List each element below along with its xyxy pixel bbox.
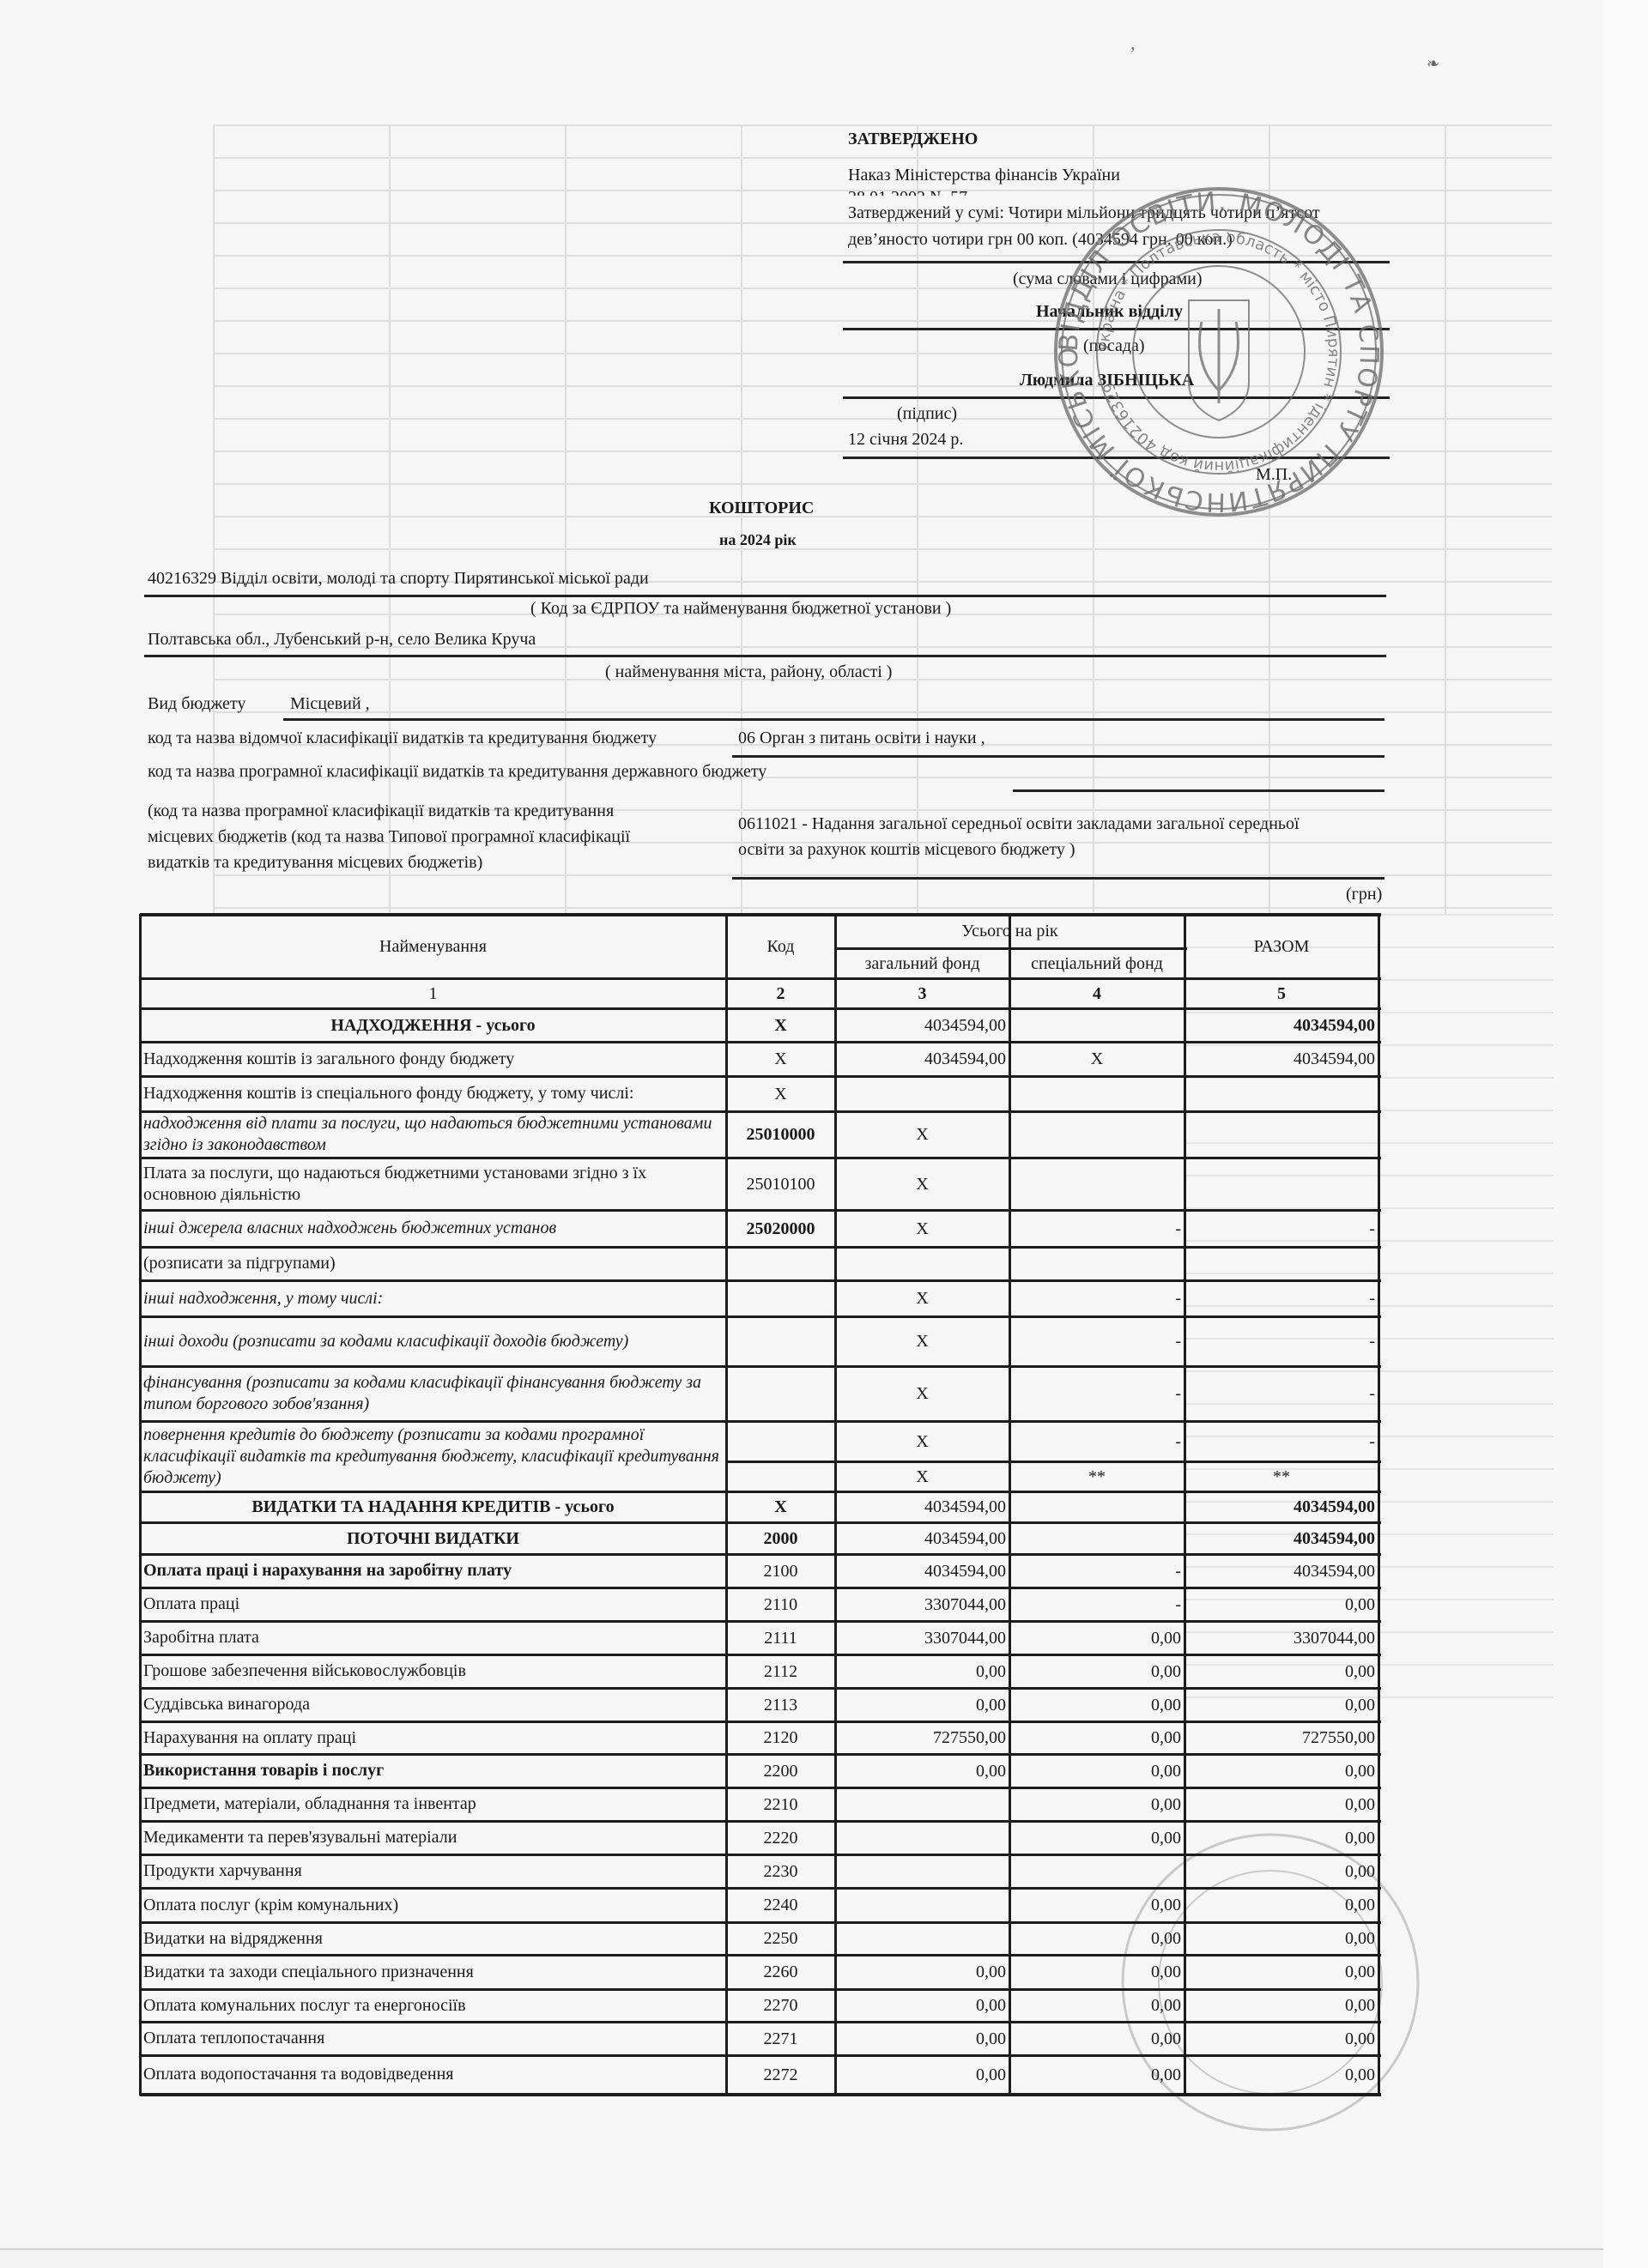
row-general-fund: 0,00 (835, 1654, 1009, 1688)
table-rule (140, 1687, 1381, 1690)
row-name: інші джерела власних надходжень бюджетни… (140, 1210, 726, 1247)
scan-margin (1603, 0, 1648, 2268)
row-general-fund: 727550,00 (835, 1721, 1009, 1754)
local-program-value-2: освіти за рахунок коштів місцевого бюдже… (738, 839, 1075, 860)
row-name: Медикаменти та перев'язувальні матеріали (140, 1821, 726, 1854)
table-rule (140, 1553, 1381, 1556)
row-special-fund (1009, 1111, 1184, 1158)
table-rule (140, 1246, 1381, 1249)
row-name: інші доходи (розписати за кодами класифі… (140, 1316, 726, 1366)
institution: 40216329 Відділ освіти, молоді та спорту… (148, 568, 649, 589)
row-code: 2110 (726, 1588, 835, 1621)
table-rule (726, 1461, 1381, 1463)
row-general-fund: 0,00 (835, 2022, 1009, 2055)
table-rule (140, 1753, 1381, 1756)
table-rule (1184, 914, 1186, 2096)
table-rule (140, 1157, 1381, 1159)
row-special-fund: - (1009, 1554, 1184, 1588)
row-special-fund: 0,00 (1009, 1688, 1184, 1721)
table-rule (140, 1075, 1381, 1078)
table-rule (835, 947, 1187, 950)
row-total: 0,00 (1184, 1989, 1378, 2022)
row-total: 4034594,00 (1184, 1008, 1378, 1042)
row-code: 25010000 (726, 1111, 835, 1158)
column-header-general-fund: загальний фонд (835, 948, 1009, 978)
row-general-fund: 3307044,00 (835, 1621, 1009, 1654)
table-rule (140, 913, 1381, 916)
row-name: Нарахування на оплату праці (140, 1721, 726, 1754)
row-total: - (1184, 1421, 1378, 1461)
row-total: 3307044,00 (1184, 1621, 1378, 1654)
row-general-fund: 0,00 (835, 2055, 1009, 2094)
table-rule (1009, 914, 1011, 2096)
table-rule (140, 1521, 1381, 1524)
row-special-fund (1009, 1491, 1184, 1522)
table-rule (140, 2054, 1381, 2057)
row-total (1184, 1158, 1378, 1210)
row-name: Оплата послуг (крім комунальних) (140, 1888, 726, 1922)
table-rule (140, 977, 1381, 980)
table-rule (140, 1279, 1381, 1282)
local-program-label-2: місцевих бюджетів (код та назва Типової … (148, 826, 630, 847)
row-total (1184, 1111, 1378, 1158)
row-total: 4034594,00 (1184, 1491, 1378, 1522)
row-general-fund: 0,00 (835, 1754, 1009, 1787)
row-general-fund: X (835, 1280, 1009, 1316)
row-code: 2210 (726, 1787, 835, 1821)
row-special-fund: 0,00 (1009, 2055, 1184, 2094)
row-code: 2111 (726, 1621, 835, 1654)
row-total: 727550,00 (1184, 1721, 1378, 1754)
row-name: Предмети, матеріали, обладнання та інвен… (140, 1787, 726, 1821)
row-special-fund: X (1009, 1042, 1184, 1076)
row-special-fund (1009, 1522, 1184, 1554)
table-rule (140, 1887, 1381, 1890)
row-name: інші надходження, у тому числі: (140, 1280, 726, 1316)
row-general-fund: 0,00 (835, 1688, 1009, 1721)
row-total: 4034594,00 (1184, 1554, 1378, 1588)
budget-type-value: Місцевий , (290, 693, 370, 714)
row-name: Плата за послуги, що надаються бюджетним… (140, 1158, 726, 1210)
table-rule (140, 1420, 1381, 1423)
row-name: надходження від плати за послуги, що над… (140, 1111, 726, 1158)
row-total: 0,00 (1184, 1787, 1378, 1821)
doc-title: КОШТОРИС (709, 498, 814, 518)
row-code: 2112 (726, 1654, 835, 1688)
row-code: X (726, 1491, 835, 1522)
row-code: 2271 (726, 2022, 835, 2055)
row-general-fund: 4034594,00 (835, 1554, 1009, 1588)
row-name: Надходження коштів із загального фонду б… (140, 1042, 726, 1076)
row-general-fund (835, 1787, 1009, 1821)
table-rule (140, 1854, 1381, 1856)
row-special-fund: 0,00 (1009, 1821, 1184, 1854)
row-special-fund (1009, 1158, 1184, 1210)
column-header-total: РАЗОМ (1184, 914, 1378, 978)
state-program-underline (1013, 789, 1384, 792)
table-rule (140, 1654, 1381, 1656)
table-rule (140, 1721, 1381, 1723)
table-rule (139, 914, 142, 2096)
location: Полтавська обл., Лубенський р-н, село Ве… (148, 629, 536, 650)
local-program-value-1: 0611021 - Надання загальної середньої ос… (738, 813, 1300, 834)
row-code: 25010100 (726, 1158, 835, 1210)
row-general-fund: X (835, 1210, 1009, 1247)
row-code: X (726, 1076, 835, 1111)
column-number-1: 1 (140, 978, 726, 1008)
row-general-fund: X (835, 1111, 1009, 1158)
table-rule (140, 1988, 1381, 1991)
approval-order-date: 28.01.2002 № 57 (848, 187, 967, 196)
row-special-fund (1009, 1008, 1184, 1042)
dept-class-value: 06 Орган з питань освіти і науки , (738, 728, 985, 748)
row-code: 2270 (726, 1989, 835, 2022)
table-rule (140, 2021, 1381, 2023)
table-rule (140, 2093, 1381, 2096)
table-rule (1378, 914, 1380, 2096)
row-code: 2120 (726, 1721, 835, 1754)
table-rule (140, 1954, 1381, 1957)
row-special-fund: 0,00 (1009, 1989, 1184, 2022)
row-code (726, 1280, 835, 1316)
row-total: 0,00 (1184, 2055, 1378, 2094)
row-code: 2000 (726, 1522, 835, 1554)
row-general-fund: X (835, 1461, 1009, 1491)
column-number-5: 5 (1184, 978, 1378, 1008)
column-number-2: 2 (726, 978, 835, 1008)
table-rule (140, 1620, 1381, 1623)
row-special-fund: 0,00 (1009, 1654, 1184, 1688)
row-special-fund: 0,00 (1009, 1888, 1184, 1922)
row-general-fund: 4034594,00 (835, 1042, 1009, 1076)
row-code: 2113 (726, 1688, 835, 1721)
row-special-fund (1009, 1076, 1184, 1111)
row-general-fund: 4034594,00 (835, 1522, 1009, 1554)
row-total: 0,00 (1184, 1955, 1378, 1989)
row-code: 2260 (726, 1955, 835, 1989)
row-code (726, 1316, 835, 1366)
row-special-fund: - (1009, 1280, 1184, 1316)
approval-date: 12 січня 2024 р. (848, 429, 963, 450)
row-code: 2230 (726, 1854, 835, 1888)
row-name: Оплата праці (140, 1588, 726, 1621)
table-rule (140, 1491, 1381, 1493)
row-name: Оплата теплопостачання (140, 2022, 726, 2055)
currency-label: (грн) (1346, 884, 1382, 904)
location-caption: ( найменування міста, району, області ) (605, 662, 892, 682)
row-total: 0,00 (1184, 1754, 1378, 1787)
dept-class-underline (732, 755, 1384, 758)
row-total: 0,00 (1184, 2022, 1378, 2055)
approval-title: ЗАТВЕРДЖЕНО (848, 129, 978, 149)
row-general-fund (835, 1247, 1009, 1280)
local-program-label-1: (код та назва програмної класифікації ви… (148, 801, 614, 821)
column-header-name: Найменування (140, 914, 726, 978)
table-rule (140, 1007, 1381, 1010)
row-total: 0,00 (1184, 1922, 1378, 1955)
row-code: X (726, 1008, 835, 1042)
row-code: X (726, 1042, 835, 1076)
row-general-fund (835, 1076, 1009, 1111)
row-special-fund: - (1009, 1366, 1184, 1421)
column-header-special-fund: спеціальний фонд (1009, 948, 1184, 978)
local-program-underline (732, 877, 1384, 880)
table-rule (140, 1820, 1381, 1823)
budget-type-underline (283, 718, 1384, 721)
table-rule (140, 1365, 1381, 1368)
row-name: (розписати за підгрупами) (140, 1247, 726, 1280)
row-code: 25020000 (726, 1210, 835, 1247)
column-number-4: 4 (1009, 978, 1184, 1008)
signature-caption: (підпис) (897, 403, 957, 424)
table-rule (140, 1041, 1381, 1043)
budget-type-label: Вид бюджету (148, 693, 245, 714)
local-program-label-3: видатків та кредитування місцевих бюджет… (148, 852, 482, 873)
state-program-label: код та назва програмної класифікації вид… (148, 761, 766, 782)
row-total: 0,00 (1184, 1654, 1378, 1688)
institution-underline (144, 595, 1386, 597)
row-name: Оплата водопостачання та водовідведення (140, 2055, 726, 2094)
dept-class-label: код та назва відомчої класифікації видат… (148, 728, 657, 748)
row-name: Надходження коштів із спеціального фонду… (140, 1076, 726, 1111)
row-special-fund: - (1009, 1316, 1184, 1366)
row-code: 2250 (726, 1922, 835, 1955)
row-special-fund: - (1009, 1588, 1184, 1621)
row-total (1184, 1247, 1378, 1280)
row-name: Використання товарів і послуг (140, 1754, 726, 1787)
row-code (726, 1366, 835, 1421)
scan-speck: ʼ (1130, 43, 1136, 65)
row-special-fund: 0,00 (1009, 1787, 1184, 1821)
row-total: 4034594,00 (1184, 1042, 1378, 1076)
row-total: - (1184, 1316, 1378, 1366)
row-total: 0,00 (1184, 1854, 1378, 1888)
row-special-fund (1009, 1247, 1184, 1280)
row-special-fund: - (1009, 1210, 1184, 1247)
row-code: 2240 (726, 1888, 835, 1922)
row-general-fund: X (835, 1316, 1009, 1366)
row-name: Продукти харчування (140, 1854, 726, 1888)
row-general-fund: 0,00 (835, 1989, 1009, 2022)
row-name: фінансування (розписати за кодами класиф… (140, 1366, 726, 1421)
row-total (1184, 1076, 1378, 1111)
row-code: 2272 (726, 2055, 835, 2094)
row-total: - (1184, 1366, 1378, 1421)
table-rule (140, 1787, 1381, 1789)
row-code (726, 1247, 835, 1280)
table-rule (140, 1209, 1381, 1212)
row-total: - (1184, 1210, 1378, 1247)
row-code: 2100 (726, 1554, 835, 1588)
table-rule (140, 1110, 1381, 1113)
table-rule (140, 1587, 1381, 1589)
scan-speck: ❧ (1427, 55, 1439, 73)
approval-order: Наказ Міністерства фінансів України (848, 165, 1120, 185)
institution-caption: ( Код за ЄДРПОУ та найменування бюджетно… (530, 598, 951, 619)
row-name: Заробітна плата (140, 1621, 726, 1654)
row-total: 4034594,00 (1184, 1522, 1378, 1554)
table-rule (140, 1921, 1381, 1924)
table-rule (140, 1315, 1381, 1318)
row-general-fund: 0,00 (835, 1955, 1009, 1989)
official-seal-icon: ВІДДІЛ ОСВІТИ, МОЛОДІ ТА СПОРТУ ПИРЯТИНС… (1051, 184, 1386, 519)
row-general-fund (835, 1854, 1009, 1888)
row-special-fund: 0,00 (1009, 2022, 1184, 2055)
row-total: - (1184, 1280, 1378, 1316)
table-rule (834, 914, 837, 2096)
row-name: Грошове забезпечення військовослужбовців (140, 1654, 726, 1688)
row-name: ПОТОЧНІ ВИДАТКИ (140, 1522, 726, 1554)
row-general-fund: X (835, 1421, 1009, 1461)
row-general-fund (835, 1922, 1009, 1955)
location-underline (144, 655, 1386, 657)
row-special-fund: - (1009, 1421, 1184, 1461)
row-special-fund: ** (1009, 1461, 1184, 1491)
row-special-fund: 0,00 (1009, 1754, 1184, 1787)
row-name: Суддівська винагорода (140, 1688, 726, 1721)
row-name: Видатки та заходи спеціального призначен… (140, 1955, 726, 1989)
row-general-fund: 3307044,00 (835, 1588, 1009, 1621)
row-name: НАДХОДЖЕННЯ - усього (140, 1008, 726, 1042)
row-name: Видатки на відрядження (140, 1922, 726, 1955)
row-general-fund (835, 1821, 1009, 1854)
row-special-fund (1009, 1854, 1184, 1888)
row-special-fund: 0,00 (1009, 1621, 1184, 1654)
column-number-3: 3 (835, 978, 1009, 1008)
row-name: повернення кредитів до бюджету (розписат… (140, 1421, 726, 1491)
row-total: 0,00 (1184, 1821, 1378, 1854)
row-general-fund (835, 1888, 1009, 1922)
row-special-fund: 0,00 (1009, 1955, 1184, 1989)
row-name: ВИДАТКИ ТА НАДАННЯ КРЕДИТІВ - усього (140, 1491, 726, 1522)
column-header-code: Код (726, 914, 835, 978)
row-general-fund: X (835, 1366, 1009, 1421)
row-total: 0,00 (1184, 1888, 1378, 1922)
row-total: 0,00 (1184, 1688, 1378, 1721)
doc-year: на 2024 рік (719, 529, 797, 550)
row-total: 0,00 (1184, 1588, 1378, 1621)
row-general-fund: 4034594,00 (835, 1491, 1009, 1522)
row-total: ** (1184, 1461, 1378, 1491)
row-code: 2200 (726, 1754, 835, 1787)
row-special-fund: 0,00 (1009, 1721, 1184, 1754)
table-rule (725, 914, 728, 2096)
budget-table: НайменуванняКодУсього на рікзагальний фо… (140, 914, 1378, 2094)
row-special-fund: 0,00 (1009, 1922, 1184, 1955)
row-name: Оплата праці і нарахування на заробітну … (140, 1554, 726, 1588)
row-code: 2220 (726, 1821, 835, 1854)
row-general-fund: X (835, 1158, 1009, 1210)
row-code (726, 1421, 835, 1491)
row-name: Оплата комунальних послуг та енергоносії… (140, 1989, 726, 2022)
row-general-fund: 4034594,00 (835, 1008, 1009, 1042)
